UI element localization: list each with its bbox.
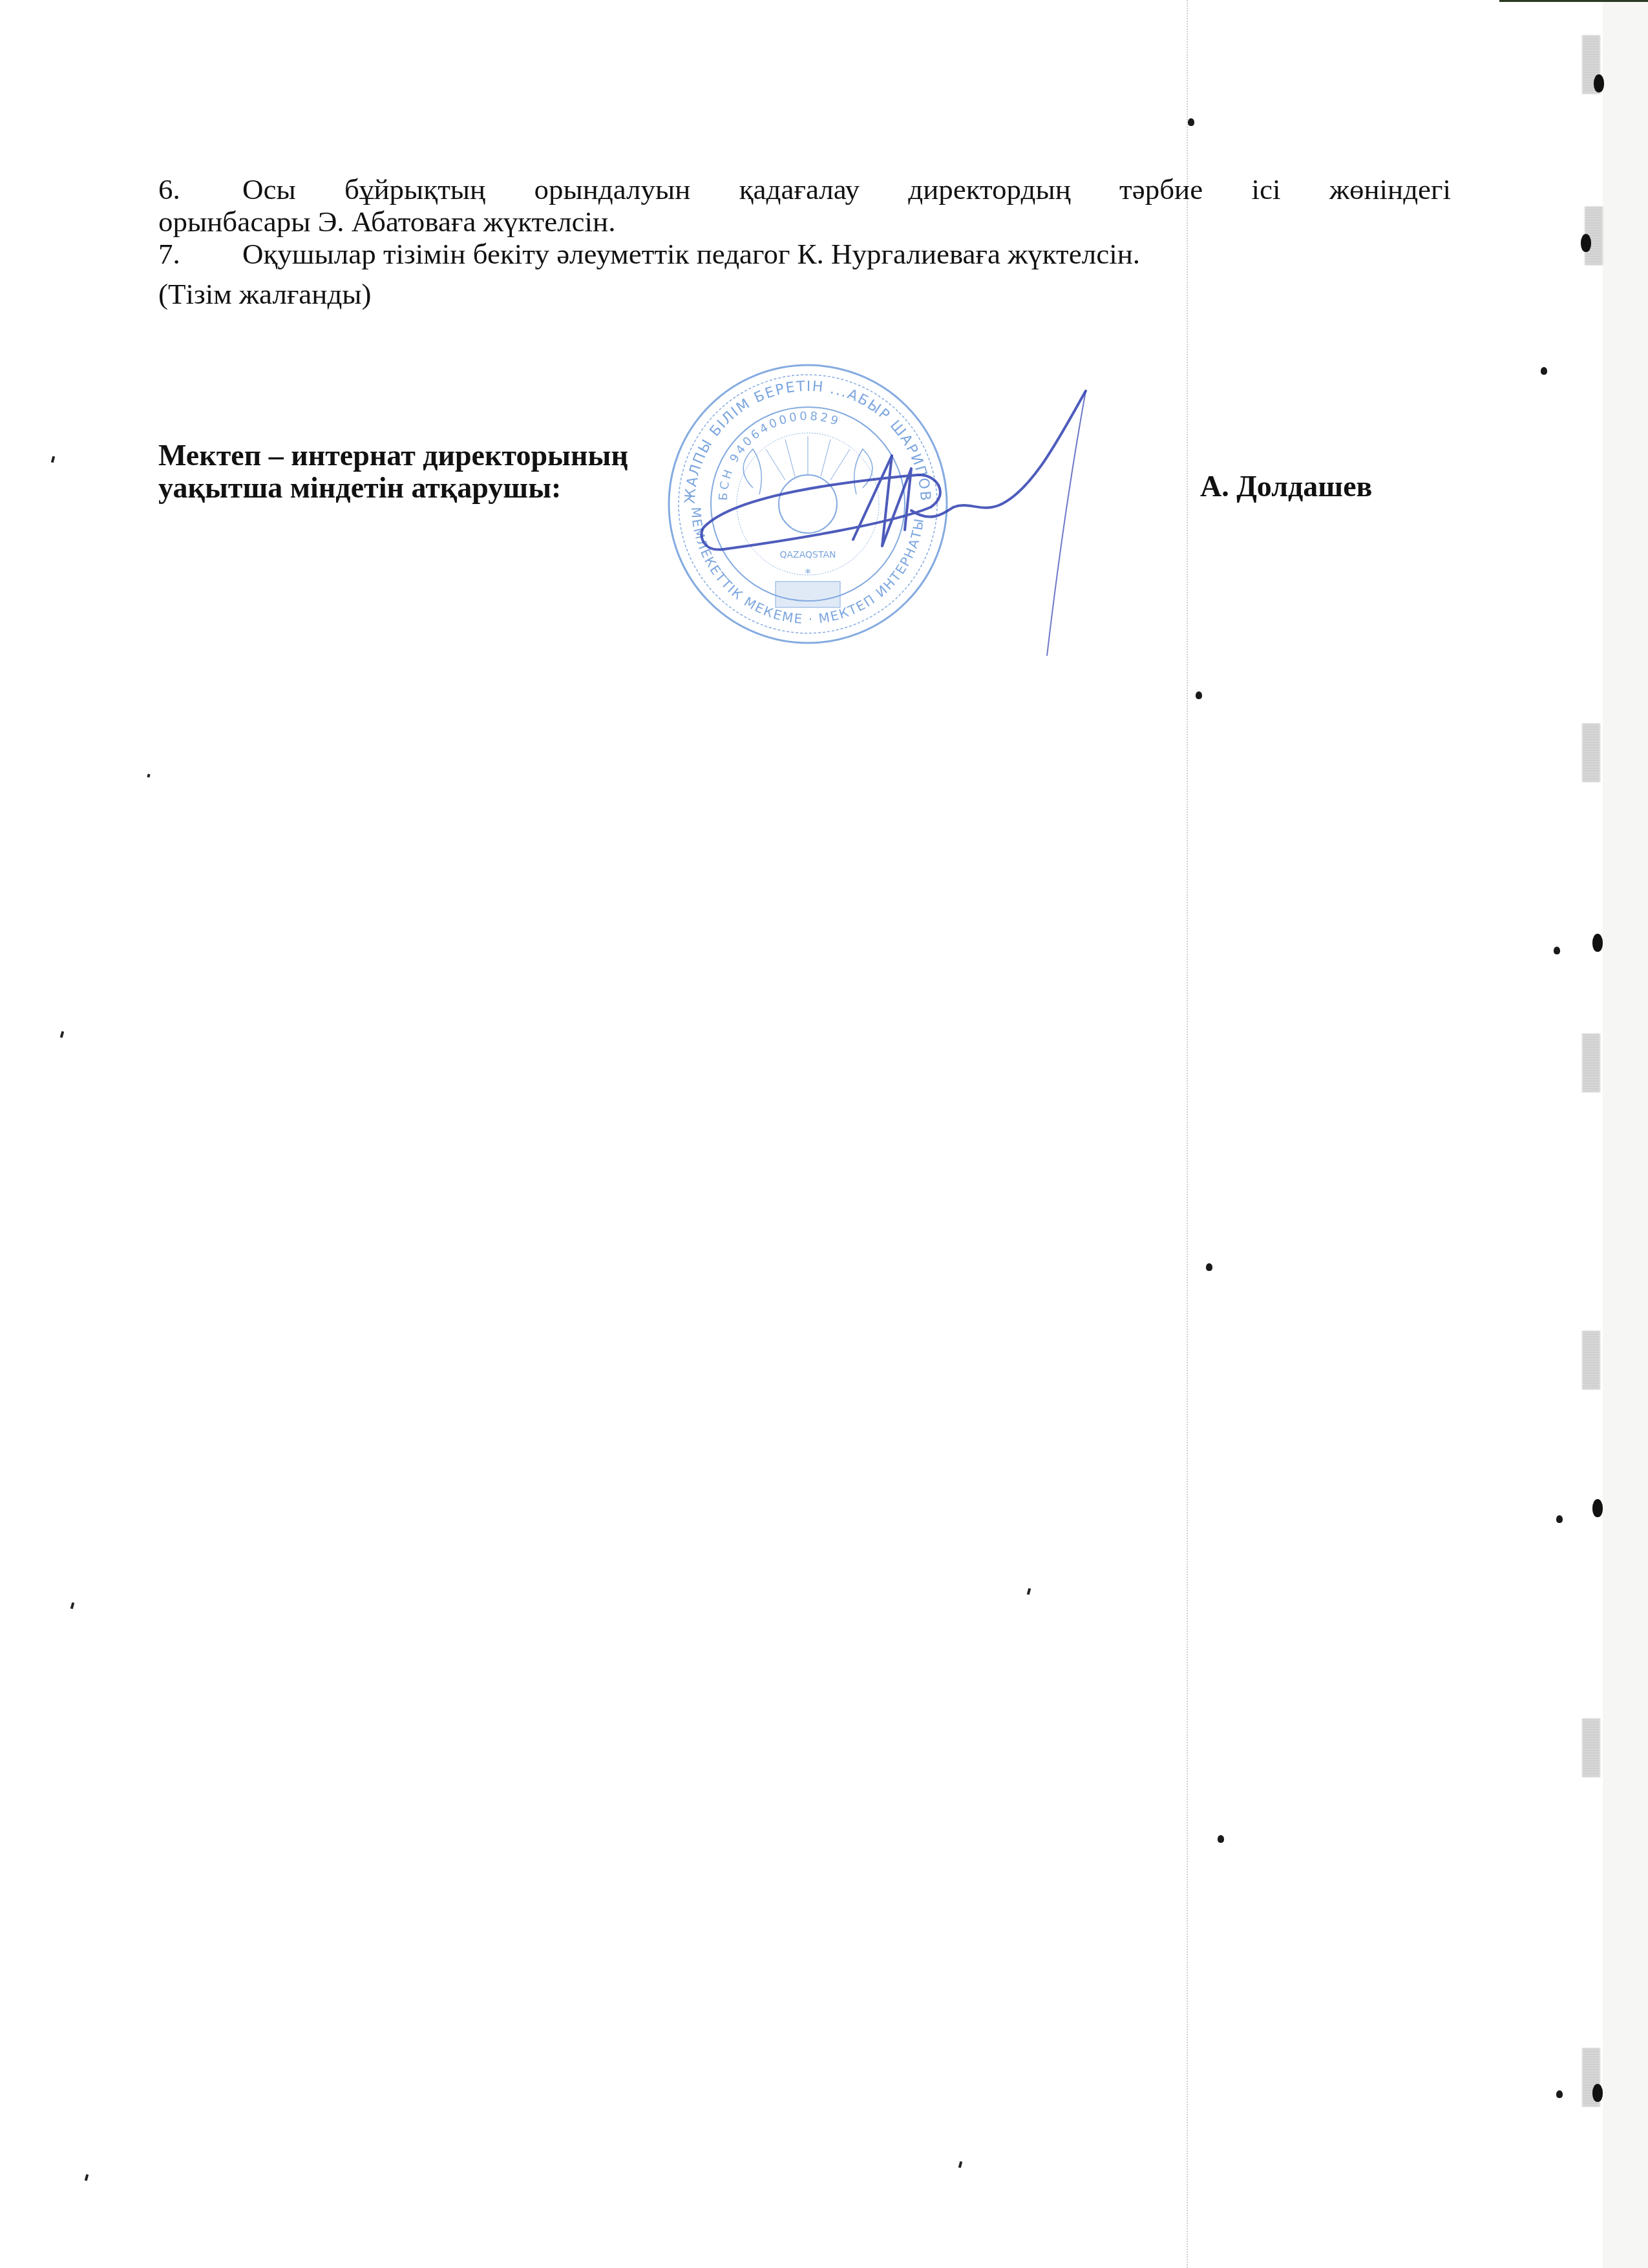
scan-smudge [1582,1331,1600,1389]
scanned-document-page: 6.Осы бұйрықтың орындалуын қадағалау дир… [0,0,1648,2268]
item-text: орынбасары Э. Абатоваға жүктелсін. [158,205,615,238]
item-number: 6. [158,173,242,205]
scan-speck [147,774,150,778]
order-item-6-continued: орынбасары Э. Абатоваға жүктелсін. [158,205,1451,238]
scanner-edge-bar [1499,0,1648,2]
list-attached-note: (Тізім жалғанды) [158,278,1451,310]
order-item-6: 6.Осы бұйрықтың орындалуын қадағалау дир… [158,173,1451,205]
scan-smudge [1582,724,1600,782]
scanner-margin [1603,0,1648,2268]
signature-block: Мектеп – интернат директорының уақытша м… [158,439,628,504]
punch-mark [1556,2090,1563,2098]
punch-mark [1218,1835,1224,1843]
handwritten-signature-icon [698,384,1112,662]
scan-blob [1592,1499,1603,1517]
paper-fold-line [1187,0,1188,2268]
scan-speck [51,456,55,463]
scan-speck [60,1031,64,1038]
scan-blob [1592,934,1603,952]
punch-mark [1206,1263,1212,1271]
signer-title-line2: уақытша міндетін атқарушы: [158,472,628,504]
scan-smudge [1582,1034,1600,1092]
punch-mark [1541,367,1547,375]
note-text: (Тізім жалғанды) [158,278,372,310]
scan-speck [70,1602,74,1610]
scan-blob [1581,234,1591,252]
order-item-7: 7.Оқушылар тізімін бекіту әлеуметтік пед… [158,238,1451,270]
punch-mark [1196,691,1202,699]
order-items: 6.Осы бұйрықтың орындалуын қадағалау дир… [158,173,1451,310]
punch-mark [1556,1515,1563,1523]
punch-mark [1554,947,1560,954]
signer-title-line1: Мектеп – интернат директорының [158,439,628,472]
scan-speck [958,2161,962,2168]
punch-mark [1188,118,1194,126]
scan-speck [1027,1588,1031,1595]
scan-blob [1594,74,1604,92]
item-text: Осы бұйрықтың орындалуын қадағалау дирек… [242,173,1451,205]
signer-name: А. Долдашев [1200,470,1372,503]
scan-speck [85,2174,89,2181]
item-text: Оқушылар тізімін бекіту әлеуметтік педаг… [242,238,1140,270]
scan-blob [1592,2084,1603,2102]
item-number: 7. [158,238,242,270]
scan-smudge [1582,1719,1600,1777]
